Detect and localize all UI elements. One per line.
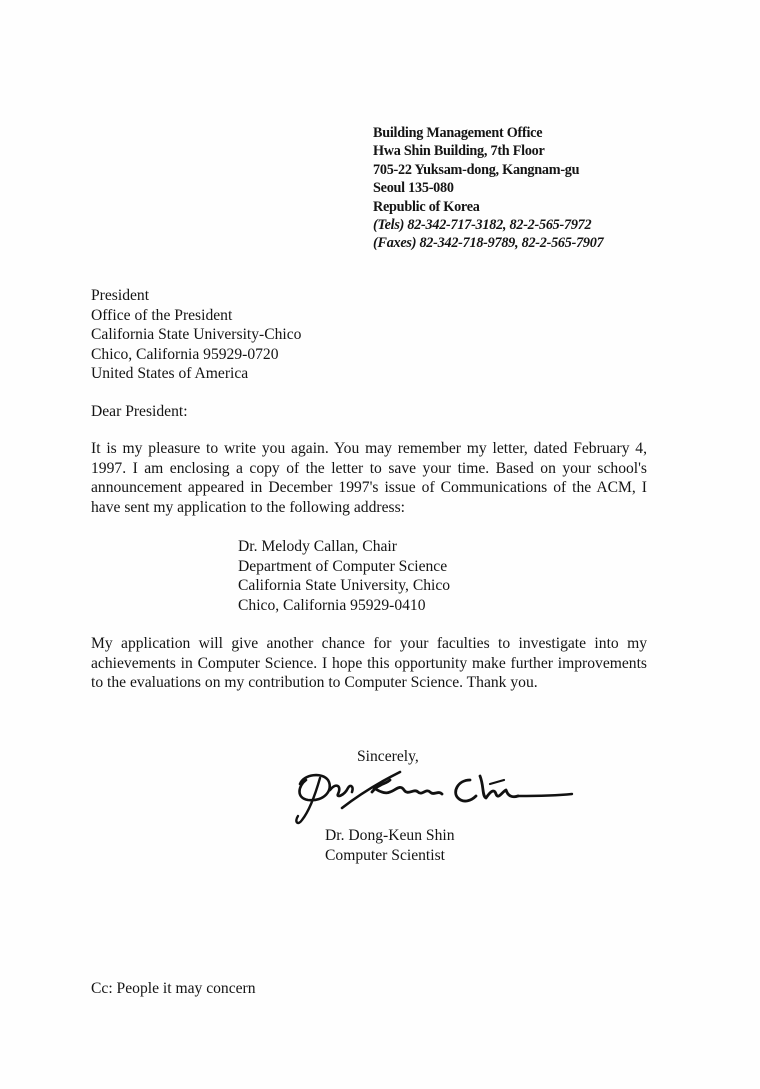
sender-line: 705-22 Yuksam-dong, Kangnam-gu [373,161,603,179]
recipient-line: Office of the President [91,306,301,326]
paragraph-line: achievements in Computer Science. I hope… [91,654,647,674]
address-line: Chico, California 95929-0410 [238,596,450,616]
sender-line: Republic of Korea [373,198,603,216]
salutation: Dear President: [91,402,188,422]
sender-line: Building Management Office [373,124,603,142]
recipient-line: Chico, California 95929-0720 [91,345,301,365]
address-line: California State University, Chico [238,576,450,596]
paragraph-line: It is my pleasure to write you again. Yo… [91,439,647,459]
letter-page: Building Management Office Hwa Shin Buil… [0,0,760,1089]
paragraph-line: have sent my application to the followin… [91,498,647,518]
sender-line: Hwa Shin Building, 7th Floor [373,142,603,160]
body-paragraph-2: My application will give another chance … [91,634,647,693]
sender-telephones: (Tels) 82-342-717-3182, 82-2-565-7972 [373,216,603,234]
recipient-address-block: President Office of the President Califo… [91,286,301,384]
handwritten-signature [290,762,580,832]
address-line: Dr. Melody Callan, Chair [238,537,450,557]
application-address-block: Dr. Melody Callan, Chair Department of C… [238,537,450,615]
sender-faxes: (Faxes) 82-342-718-9789, 82-2-565-7907 [373,234,603,252]
sender-address-block: Building Management Office Hwa Shin Buil… [373,124,603,253]
recipient-line: President [91,286,301,306]
body-paragraph-1: It is my pleasure to write you again. Yo… [91,439,647,517]
recipient-line: United States of America [91,364,301,384]
signatory-name: Dr. Dong-Keun Shin [325,826,455,846]
recipient-line: California State University-Chico [91,325,301,345]
cc-line: Cc: People it may concern [91,979,256,999]
paragraph-line: to the evaluations on my contribution to… [91,673,647,693]
signatory-title: Computer Scientist [325,846,455,866]
address-line: Department of Computer Science [238,557,450,577]
sender-line: Seoul 135-080 [373,179,603,197]
paragraph-line: My application will give another chance … [91,634,647,654]
paragraph-line: 1997. I am enclosing a copy of the lette… [91,459,647,479]
signature-block: Dr. Dong-Keun Shin Computer Scientist [325,826,455,865]
paragraph-line: announcement appeared in December 1997's… [91,478,647,498]
